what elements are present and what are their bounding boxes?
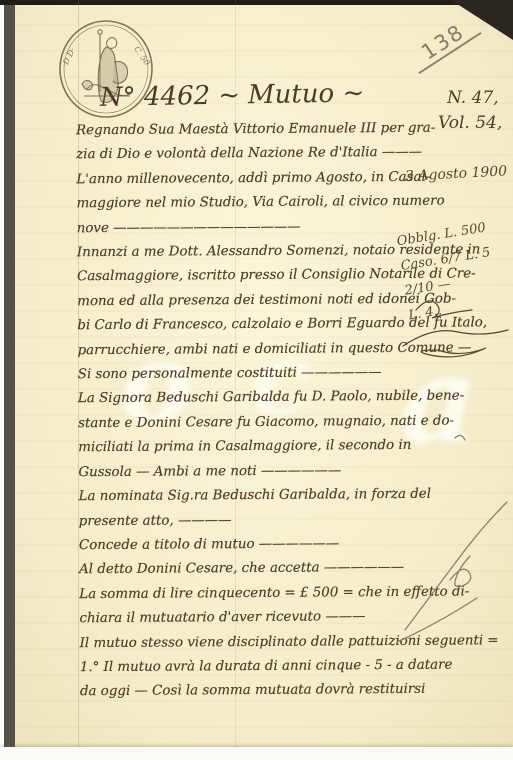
handwritten-line: Innanzi a me Dott. Alessandro Somenzi, n… xyxy=(77,239,417,266)
doc-number: N° 4462 xyxy=(100,81,211,113)
handwritten-line: presente atto, ———— xyxy=(79,507,419,534)
handwritten-line: zia di Dio e volontà della Nazione Re d'… xyxy=(76,141,416,168)
handwritten-line: bi Carlo di Francesco, calzolaio e Borri… xyxy=(77,312,417,339)
stamp-denomination-text: C. 50 xyxy=(132,45,151,67)
handwritten-line: 1.° Il mutuo avrà la durata di anni cinq… xyxy=(80,654,420,681)
handwritten-line: parrucchiere, ambi nati e domiciliati in… xyxy=(77,336,417,363)
handwritten-line: La somma di lire cinquecento = £ 500 = c… xyxy=(79,581,419,608)
scan-edge-left-white xyxy=(0,0,4,760)
scan-edge-top xyxy=(0,0,513,5)
handwritten-line: Regnando Sua Maestà Vittorio Emanuele II… xyxy=(76,117,416,144)
handwritten-line: Casalmaggiore, iscritto presso il Consig… xyxy=(77,263,417,290)
doc-type: Mutuo ~ xyxy=(248,78,365,110)
register-volume: Vol. 54, xyxy=(438,113,502,133)
handwritten-line: La Signora Beduschi Garibalda fu D. Paol… xyxy=(78,385,418,412)
handwritten-line: da oggi — Così la somma mutuata dovrà re… xyxy=(80,678,420,705)
document-title: N° 4462~Mutuo ~ xyxy=(100,77,430,113)
handwritten-line: Si sono personalmente costituiti —————— xyxy=(78,361,418,388)
handwritten-line: stante e Donini Cesare fu Giacomo, mugna… xyxy=(78,410,418,437)
handwritten-line: La nominata Sig.ra Beduschi Garibalda, i… xyxy=(79,483,419,510)
handwritten-line: Il mutuo stesso viene disciplinato dalle… xyxy=(80,629,420,656)
title-separator: ~ xyxy=(210,80,248,111)
handwritten-line: Gussola — Ambi a me noti —————— xyxy=(78,458,418,485)
handwritten-line: maggiore nel mio Studio, Via Cairoli, al… xyxy=(76,190,416,217)
handwritten-line: chiara il mutuatario d'aver ricevuto ——— xyxy=(79,605,419,632)
scan-edge-bottom xyxy=(0,747,513,760)
handwritten-line: Al detto Donini Cesare, che accetta ————… xyxy=(79,556,419,583)
register-number: N. 47, xyxy=(447,88,499,108)
scanned-document-page: { "page": { "folio_number": "138", "stam… xyxy=(0,0,513,760)
handwritten-line: L'anno millenovecento, addì primo Agosto… xyxy=(76,166,416,193)
stamp-left-legend: ·D D· xyxy=(60,46,78,68)
scan-edge-left xyxy=(4,0,15,748)
handwritten-line: miciliati la prima in Casalmaggiore, il … xyxy=(78,434,418,461)
handwritten-body: Regnando Sua Maestà Vittorio Emanuele II… xyxy=(76,117,420,705)
handwritten-line: mona ed alla presenza dei testimoni noti… xyxy=(77,288,417,315)
handwritten-line: nove —————————————— xyxy=(77,214,417,241)
handwritten-line: Concede a titolo di mutuo —————— xyxy=(79,532,419,559)
